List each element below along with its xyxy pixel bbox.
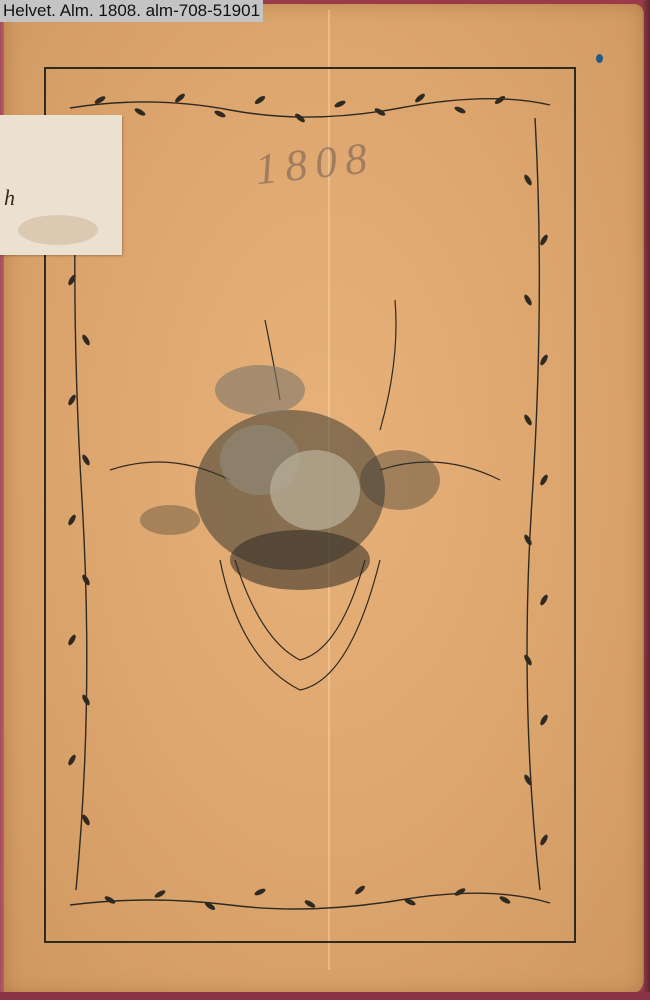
label-stain <box>18 215 98 245</box>
label-fragment-text: h <box>4 185 15 211</box>
image-caption: Helvet. Alm. 1808. alm-708-51901 <box>0 0 263 22</box>
ink-dot-mark <box>596 54 603 63</box>
